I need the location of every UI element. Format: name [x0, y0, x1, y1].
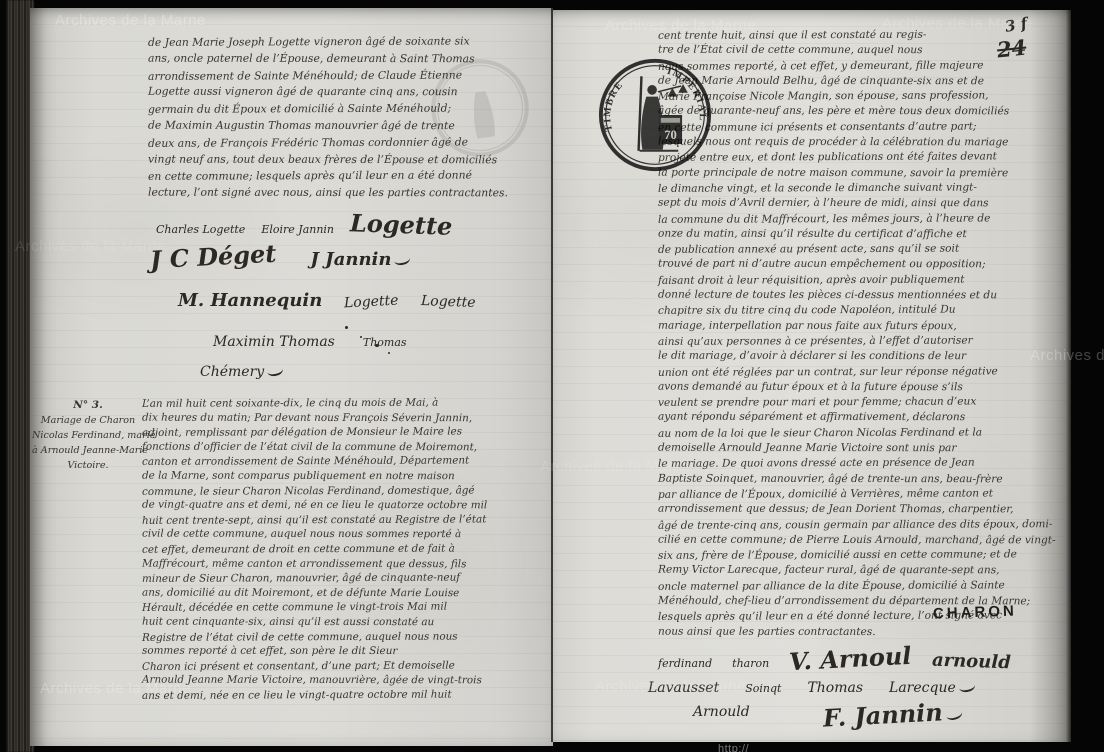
text-line: commune, le sieur Charon Nicolas Ferdina…	[142, 483, 564, 499]
signature-row: Charles Logette Eloire Jannin Logette	[156, 210, 452, 239]
text-line: faisant droit à leur réquisition, après …	[658, 272, 1066, 289]
text-line: L’an mil huit cent soixante-dix, le cinq…	[142, 395, 564, 411]
signature: Chémery	[200, 364, 283, 380]
text-line: projeté entre eux, et dont les publicati…	[658, 149, 1066, 166]
signature-row: F. Jannin	[823, 700, 962, 729]
right-page: 3 f 24 cent trente huit, ainsi que il es…	[553, 10, 1071, 742]
text-line: âgé de trente-cinq ans, cousin germain p…	[658, 517, 1066, 534]
left-main-paragraph: L’an mil huit cent soixante-dix, le cinq…	[142, 396, 564, 702]
signature-row: Chémery	[200, 364, 283, 380]
text-line: cet effet, demeurant de droit en cette c…	[142, 541, 564, 557]
ink-speck	[345, 326, 348, 329]
signature-row: M. Hannequin Logette Logette	[178, 290, 475, 311]
signature: Thomas	[807, 680, 863, 696]
text-line: trouvé de part ni d’autre aucun empêchem…	[658, 257, 1066, 273]
text-line: Arnould Jeanne Marie Victoire, manouvriè…	[142, 673, 564, 688]
signature: Logette	[421, 293, 476, 311]
signature: J C Déget	[149, 239, 277, 275]
text-line: sommes reporté à cet effet, son père le …	[142, 644, 564, 659]
text-line: chapitre six du titre cinq du code Napol…	[658, 302, 1066, 319]
signature: Logette	[350, 208, 453, 241]
text-line: sept du mois d’Avril dernier, à l’heure …	[658, 196, 1066, 212]
text-line: oncle maternel par alliance de la dite É…	[658, 578, 1066, 595]
text-line: six ans, frère de l’Épouse, domicilié au…	[658, 547, 1066, 564]
text-line: au nom de la loi que le sieur Charon Nic…	[658, 425, 1066, 442]
signature: Eloire Jannin	[261, 223, 334, 236]
text-line: dix heures du matin; Par devant nous Fra…	[142, 410, 564, 425]
text-line: ayant répondu séparément et affirmativem…	[658, 410, 1066, 426]
margin-note: N° 3.Mariage de CharonNicolas Ferdinand,…	[32, 398, 144, 473]
text-line: le mariage. De quoi avons dressé acte en…	[658, 455, 1066, 472]
stamp-value-tablet: 70	[659, 115, 682, 144]
text-line: lesquels nous ont requis de procéder à l…	[658, 135, 1066, 151]
signature-row: Lavausset Soinqt Thomas Larecque	[648, 680, 975, 696]
signature-row: J C Déget J Jannin	[150, 242, 410, 271]
signature: Arnould	[693, 704, 750, 720]
text-line: mariage, interpellation par nous faite a…	[658, 318, 1066, 334]
right-signature-block: CHARON ferdinand tharon V. Arnoul arnoul…	[638, 602, 1078, 752]
text-line: avons demandé au futur époux et à la fut…	[658, 379, 1066, 395]
text-line: par alliance de l’Époux, domicilié à Ver…	[658, 486, 1066, 503]
text-line: lecture, l’ont signé avec nous, ainsi qu…	[148, 185, 560, 203]
text-line: de la Marne, sont comparus publiquement …	[142, 469, 564, 484]
text-line: à Arnould Jeanne-Marie	[32, 443, 144, 458]
text-line: de Jean Marie Joseph Logette vigneron âg…	[148, 33, 560, 52]
signature: V. Arnoul	[789, 641, 913, 676]
signature: Lavausset	[648, 680, 719, 696]
text-line: cilié en cette commune; de Pierre Louis …	[658, 532, 1066, 548]
left-signature-block: Charles Logette Eloire Jannin Logette J …	[138, 204, 570, 396]
text-line: canton et arrondissement de Sainte Ménéh…	[142, 453, 564, 469]
signature: Maximin Thomas	[213, 334, 335, 350]
signature: M. Hannequin	[178, 290, 322, 311]
text-line: âgée de quarante-neuf ans, les père et m…	[658, 104, 1066, 120]
text-line: veulent se prendre pour mari et pour fem…	[658, 394, 1066, 411]
ink-speck	[388, 352, 390, 354]
text-line: Baptiste Soinquet, manouvrier, âgé de tr…	[658, 471, 1066, 487]
text-line: Victoire.	[32, 458, 144, 473]
text-line: Hérault, décédée en cette commune le vin…	[142, 599, 564, 615]
stamp-bleedthrough	[424, 52, 537, 165]
signature: arnould	[931, 650, 1010, 674]
signature-charon-caps: CHARON	[933, 603, 1017, 623]
text-line: en cette commune; lesquels après qu’il l…	[148, 167, 560, 186]
timbre-imperial-stamp: TIMBRE IMPERIAL 70	[597, 57, 713, 173]
text-line: cent trente huit, ainsi que il est const…	[658, 27, 1066, 44]
signature-row: ferdinand tharon V. Arnoul arnould	[658, 644, 1010, 673]
signature-row: Maximin Thomas Thomas	[213, 334, 407, 350]
signature: Soinqt	[745, 682, 781, 695]
text-line: huit cent cinquante-six, ainsi qu’il est…	[142, 615, 564, 630]
signature: ferdinand	[658, 657, 712, 670]
text-line: ans et demi, née en ce lieu le vingt-qua…	[142, 687, 564, 703]
text-line: civil de cette commune, auquel nous nous…	[142, 527, 564, 542]
text-line: Registre de l’état civil de cette commun…	[142, 629, 564, 645]
text-line: union ont été réglées par un contrat, su…	[658, 364, 1066, 381]
text-line: Charon ici présent et consentant, d’une …	[142, 658, 564, 674]
text-line: en cette commune ici présents et consent…	[658, 119, 1066, 136]
text-line: mineur de Sieur Charon, manouvrier, âgé …	[142, 570, 564, 586]
text-line: la porte principale de notre maison comm…	[658, 165, 1066, 181]
text-line: le dit mariage, d’avoir à déclarer si le…	[658, 349, 1066, 365]
signature: J Jannin	[310, 249, 410, 270]
text-line: Remy Victor Larecque, facteur rural, âgé…	[658, 563, 1066, 579]
text-line: Mariage de Charon	[32, 413, 144, 428]
text-line: nous sommes reporté, à cet effet, y deme…	[658, 58, 1066, 75]
text-line: onze du matin, ainsi qu’il résulte du ce…	[658, 227, 1066, 243]
ink-speck	[375, 344, 379, 347]
signature: Logette	[344, 293, 399, 312]
text-line: tre de l’État civil de cette commune, au…	[658, 43, 1066, 59]
signature: Charles Logette	[156, 223, 245, 236]
stamp-value: 70	[664, 128, 677, 142]
text-line: de Jean Marie Arnould Belhu, âgé de cinq…	[658, 74, 1066, 90]
text-line: Nicolas Ferdinand, marié	[32, 428, 144, 443]
text-line: la commune du dit Maffrécourt, les mêmes…	[658, 211, 1066, 228]
text-line: le dimanche vingt, et la seconde le dima…	[658, 180, 1066, 197]
text-line: N° 3.	[32, 398, 144, 413]
left-page: de Jean Marie Joseph Logette vigneron âg…	[30, 8, 553, 746]
text-line: de vingt-quatre ans et demi, né en ce li…	[142, 498, 564, 513]
ink-speck	[360, 336, 362, 338]
text-line: ainsi qu’aux personnes à ce présentes, à…	[658, 333, 1066, 350]
signature: Larecque	[889, 680, 975, 696]
text-line: donné lecture de toutes les pièces ci-de…	[658, 288, 1066, 304]
text-line: arrondissement que dessus; de Jean Dorie…	[658, 502, 1066, 518]
scanned-register-spread: de Jean Marie Joseph Logette vigneron âg…	[0, 0, 1104, 752]
right-body-paragraph: cent trente huit, ainsi que il est const…	[658, 28, 1066, 640]
signature: Thomas	[363, 336, 407, 349]
signature: F. Jannin	[822, 696, 962, 732]
text-line: demoiselle Arnould Jeanne Marie Victoire…	[658, 441, 1066, 457]
signature: tharon	[732, 657, 769, 670]
text-line: adjoint, remplissant par délégation de M…	[142, 424, 564, 440]
signature-row: Arnould	[693, 704, 750, 720]
text-line: Maffrécourt, même canton et arrondisseme…	[142, 556, 564, 571]
